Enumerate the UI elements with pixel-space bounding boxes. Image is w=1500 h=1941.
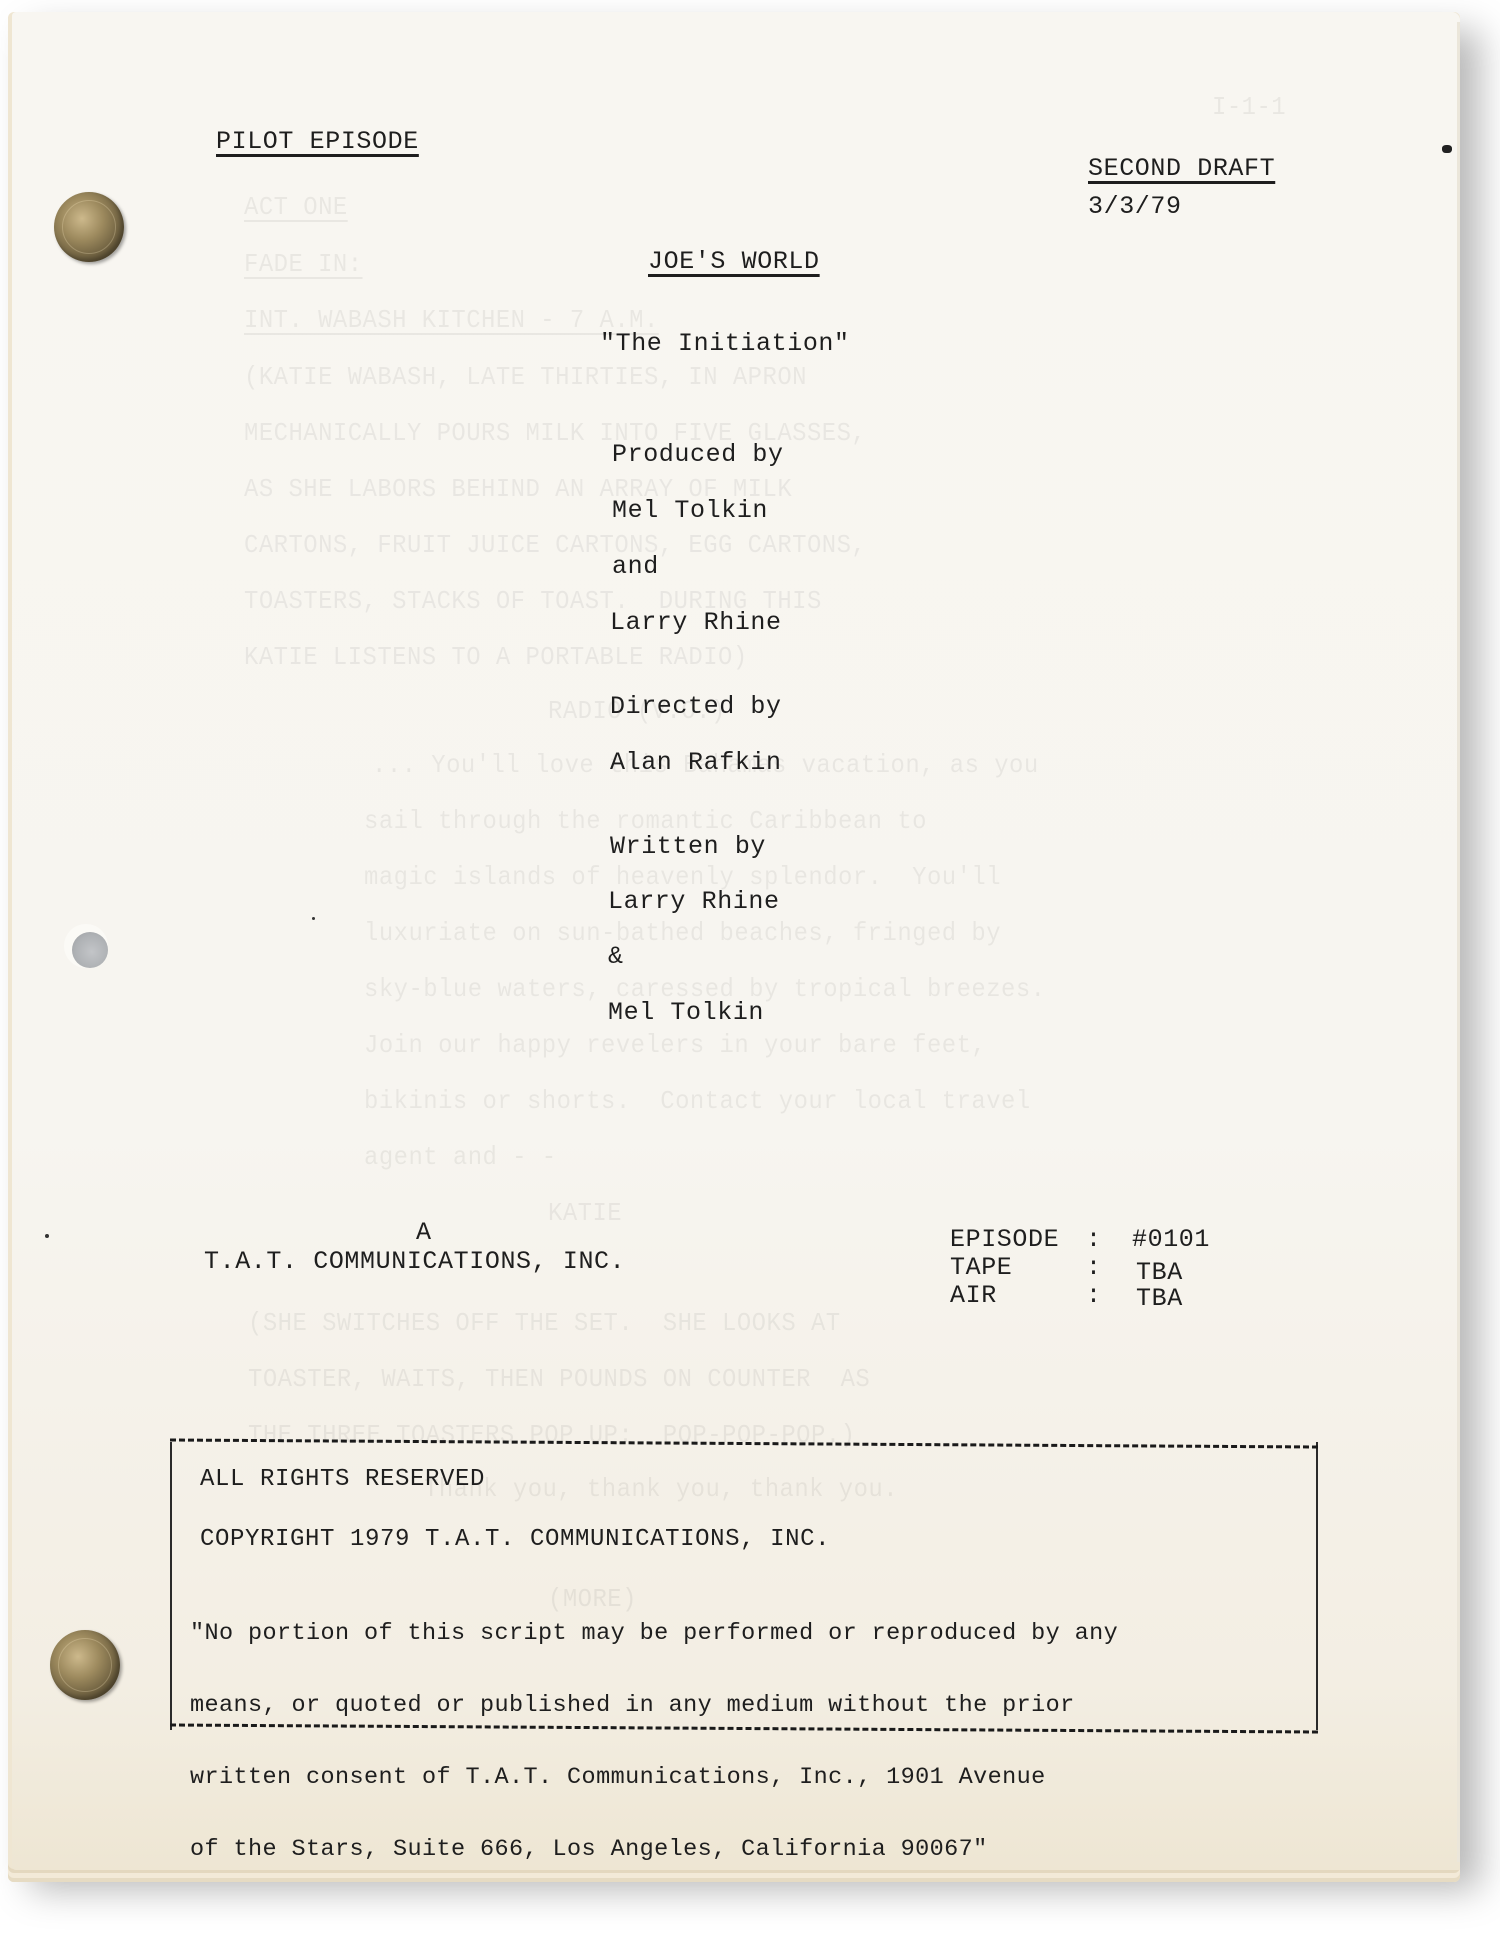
director-name: Alan Rafkin [610,748,782,777]
ink-speck [312,917,315,920]
page-edge [1457,22,1460,1862]
legal-line: "No portion of this script may be perfor… [190,1622,1118,1646]
ghost-line: ACT ONE [244,192,348,222]
ghost-line: agent and - - [364,1142,557,1172]
company-name: T.A.T. COMMUNICATIONS, INC. [204,1247,625,1276]
title-page: I-1-1 ACT ONE FADE IN: INT. WABASH KITCH… [12,12,1460,1870]
tape-label: TAPE [950,1253,1012,1282]
draft-label: SECOND DRAFT [1088,154,1275,183]
air-value: TBA [1136,1284,1183,1313]
episode-label: EPISODE [950,1225,1059,1254]
draft-date: 3/3/79 [1088,192,1182,221]
ghost-line: (SHE SWITCHES OFF THE SET. SHE LOOKS AT [248,1308,841,1338]
ghost-line: luxuriate on sun-bathed beaches, fringed… [364,918,1001,948]
series-title: JOE'S WORLD [648,247,820,276]
ghost-line: FADE IN: [244,249,363,279]
copyright-line: COPYRIGHT 1979 T.A.T. COMMUNICATIONS, IN… [200,1526,830,1553]
ampersand: & [608,942,624,971]
producer-name: Mel Tolkin [612,496,768,525]
legal-line: written consent of T.A.T. Communications… [190,1766,1118,1790]
ghost-line: KATIE LISTENS TO A PORTABLE RADIO) [244,642,748,672]
copyright-box: ALL RIGHTS RESERVED COPYRIGHT 1979 T.A.T… [170,1442,1318,1730]
tape-sep: : [1086,1253,1102,1282]
pilot-episode-label: PILOT EPISODE [216,127,419,156]
script-stack: I-1-1 ACT ONE FADE IN: INT. WABASH KITCH… [8,12,1460,1882]
ghost-line: KATIE [548,1198,622,1228]
ink-speck [45,1234,49,1238]
air-sep: : [1086,1281,1102,1310]
company-prefix: A [416,1218,432,1247]
and-label: and [612,552,659,581]
tape-value: TBA [1136,1258,1183,1287]
episode-value: #0101 [1132,1225,1210,1254]
produced-by-label: Produced by [612,440,784,469]
ink-spot [1442,145,1452,153]
brass-fastener-icon [50,1630,120,1700]
legal-notice: "No portion of this script may be perfor… [190,1574,1118,1910]
ghost-page-number: I-1-1 [1212,92,1286,122]
ghost-line: CARTONS, FRUIT JUICE CARTONS, EGG CARTON… [244,530,866,560]
ghost-line: (KATIE WABASH, LATE THIRTIES, IN APRON [244,362,807,392]
written-by-label: Written by [610,832,766,861]
writer-name: Mel Tolkin [608,998,764,1027]
punched-hole-icon [72,932,108,968]
rights-reserved: ALL RIGHTS RESERVED [200,1466,485,1493]
legal-line: means, or quoted or published in any med… [190,1694,1118,1718]
directed-by-label: Directed by [610,692,782,721]
episode-title: "The Initiation" [600,329,850,358]
ghost-line: Join our happy revelers in your bare fee… [364,1030,986,1060]
producer-name: Larry Rhine [610,608,782,637]
episode-sep: : [1086,1225,1102,1254]
ghost-line: TOASTER, WAITS, THEN POUNDS ON COUNTER A… [248,1364,870,1394]
brass-fastener-icon [54,192,124,262]
air-label: AIR [950,1281,997,1310]
legal-line: of the Stars, Suite 666, Los Angeles, Ca… [190,1838,1118,1862]
writer-name: Larry Rhine [608,887,780,916]
ghost-line: INT. WABASH KITCHEN - 7 A.M. [244,305,659,335]
ghost-line: bikinis or shorts. Contact your local tr… [364,1086,1031,1116]
